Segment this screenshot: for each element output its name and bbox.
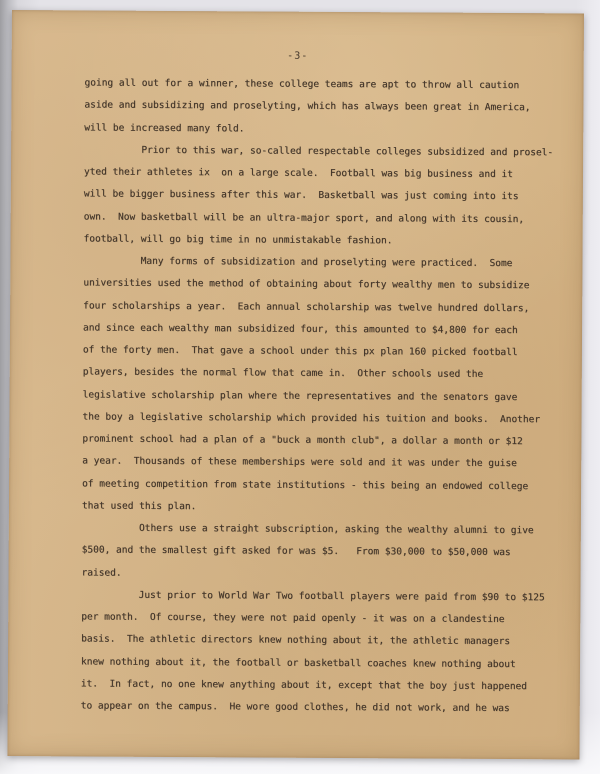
typed-line: of the forty men. That gave a school und… [83,339,562,364]
typed-line: Others use a straight subscription, aski… [82,517,561,542]
typed-line: football, will go big time in no unmista… [84,228,563,253]
document-page: -3- going all out for a winner, these co… [7,10,584,759]
typed-line: own. Now basketball will be an ultra-maj… [84,206,563,231]
typed-text-block: going all out for a winner, these colleg… [81,72,564,720]
typed-line: that used this plan. [82,495,561,520]
typed-line: will be increased many fold. [84,117,563,142]
typed-line: Many forms of subsidization and proselyt… [83,250,562,275]
typed-line: four scholarships a year. Each annual sc… [83,295,562,320]
typed-line: will be bigger business after this war. … [84,184,563,209]
typed-line: Just prior to World War Two football pla… [81,584,560,609]
typed-line: aside and subsidizing and proselyting, w… [84,95,563,120]
typed-line: $500, and the smallest gift asked for wa… [82,540,561,565]
typed-line: legislative scholarship plan where the r… [83,384,562,409]
typed-line: yted their athletes ix on a large scale.… [84,161,563,186]
typed-line: a year. Thousands of these memberships w… [82,451,561,476]
typed-line: Prior to this war, so-called respectable… [84,139,563,164]
typed-line: basis. The athletic directors knew nothi… [81,629,560,654]
typed-line: going all out for a winner, these colleg… [84,72,563,97]
typed-line: of meeting competition from state instit… [82,473,561,498]
page-number: -3- [12,49,584,63]
typed-line: prominent school had a plan of a "buck a… [82,428,561,453]
typed-line: players, besides the normal flow that ca… [83,362,562,387]
typed-line: per month. Of course, they were not paid… [81,606,560,631]
typed-line: universities used the method of obtainin… [83,273,562,298]
typed-line: the boy a legislative scholarship which … [82,406,561,431]
typed-line: and since each wealthy man subsidized fo… [83,317,562,342]
typed-line: to appear on the campus. He wore good cl… [81,695,560,720]
typed-line: it. In fact, no one knew anything about … [81,673,560,698]
typed-line: knew nothing about it, the football or b… [81,651,560,676]
typed-line: raised. [81,562,560,587]
scanned-document-background: { "page": { "number_label": "-3-", "line… [0,0,600,774]
